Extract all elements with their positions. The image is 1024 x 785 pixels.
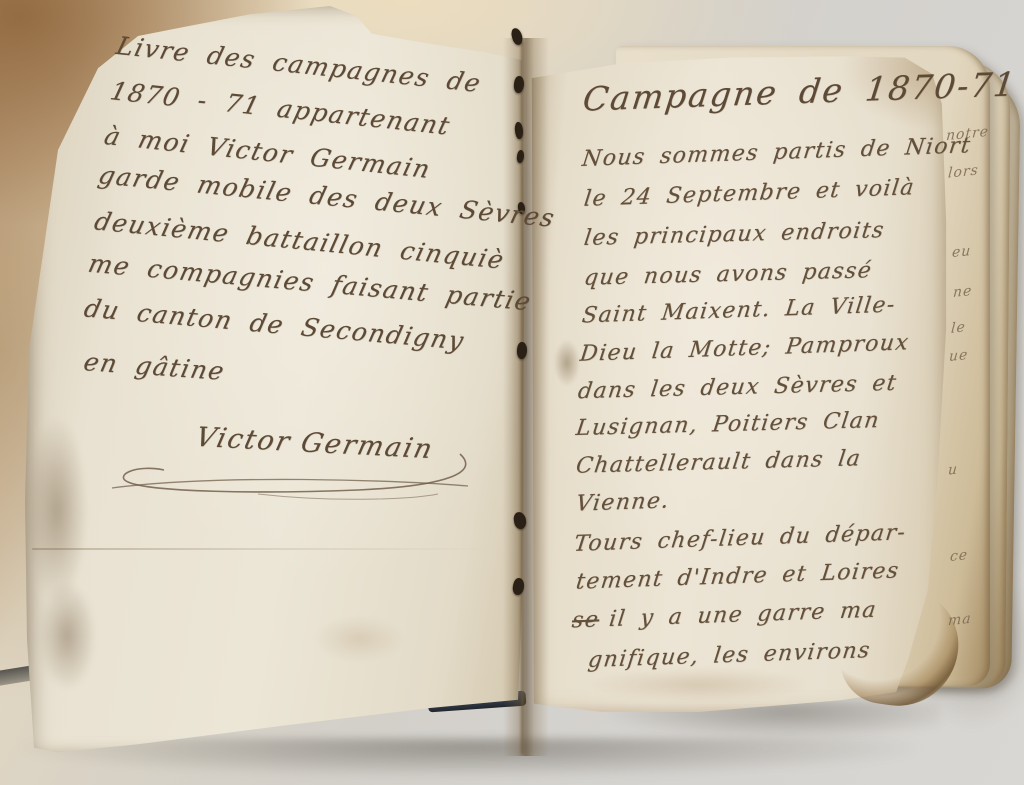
edge-text-fragment: ue — [948, 347, 968, 365]
stain — [38, 581, 96, 691]
binding-crease — [521, 42, 524, 754]
edge-text-fragment: u — [947, 461, 958, 478]
binding-gutter — [503, 38, 549, 756]
edge-text-fragment: ne — [952, 283, 972, 301]
book-shadow — [20, 738, 920, 778]
page-crease — [32, 548, 492, 550]
edge-text-fragment: ma — [947, 611, 972, 630]
signature-flourish — [108, 436, 480, 508]
edge-text-fragment: eu — [951, 243, 971, 261]
struck-word: se — [571, 607, 601, 633]
edge-text-fragment: ce — [949, 547, 968, 565]
edge-text-fragment: lors — [948, 162, 980, 181]
stain — [314, 616, 404, 662]
stain — [26, 416, 88, 606]
stain — [554, 340, 580, 386]
edge-text-fragment: le — [950, 319, 966, 337]
stain — [588, 668, 808, 702]
photo-of-open-diary: Livre des campagnes de 1870 - 71 apparte… — [0, 0, 1024, 785]
handwritten-line: Vienne. — [574, 488, 671, 516]
